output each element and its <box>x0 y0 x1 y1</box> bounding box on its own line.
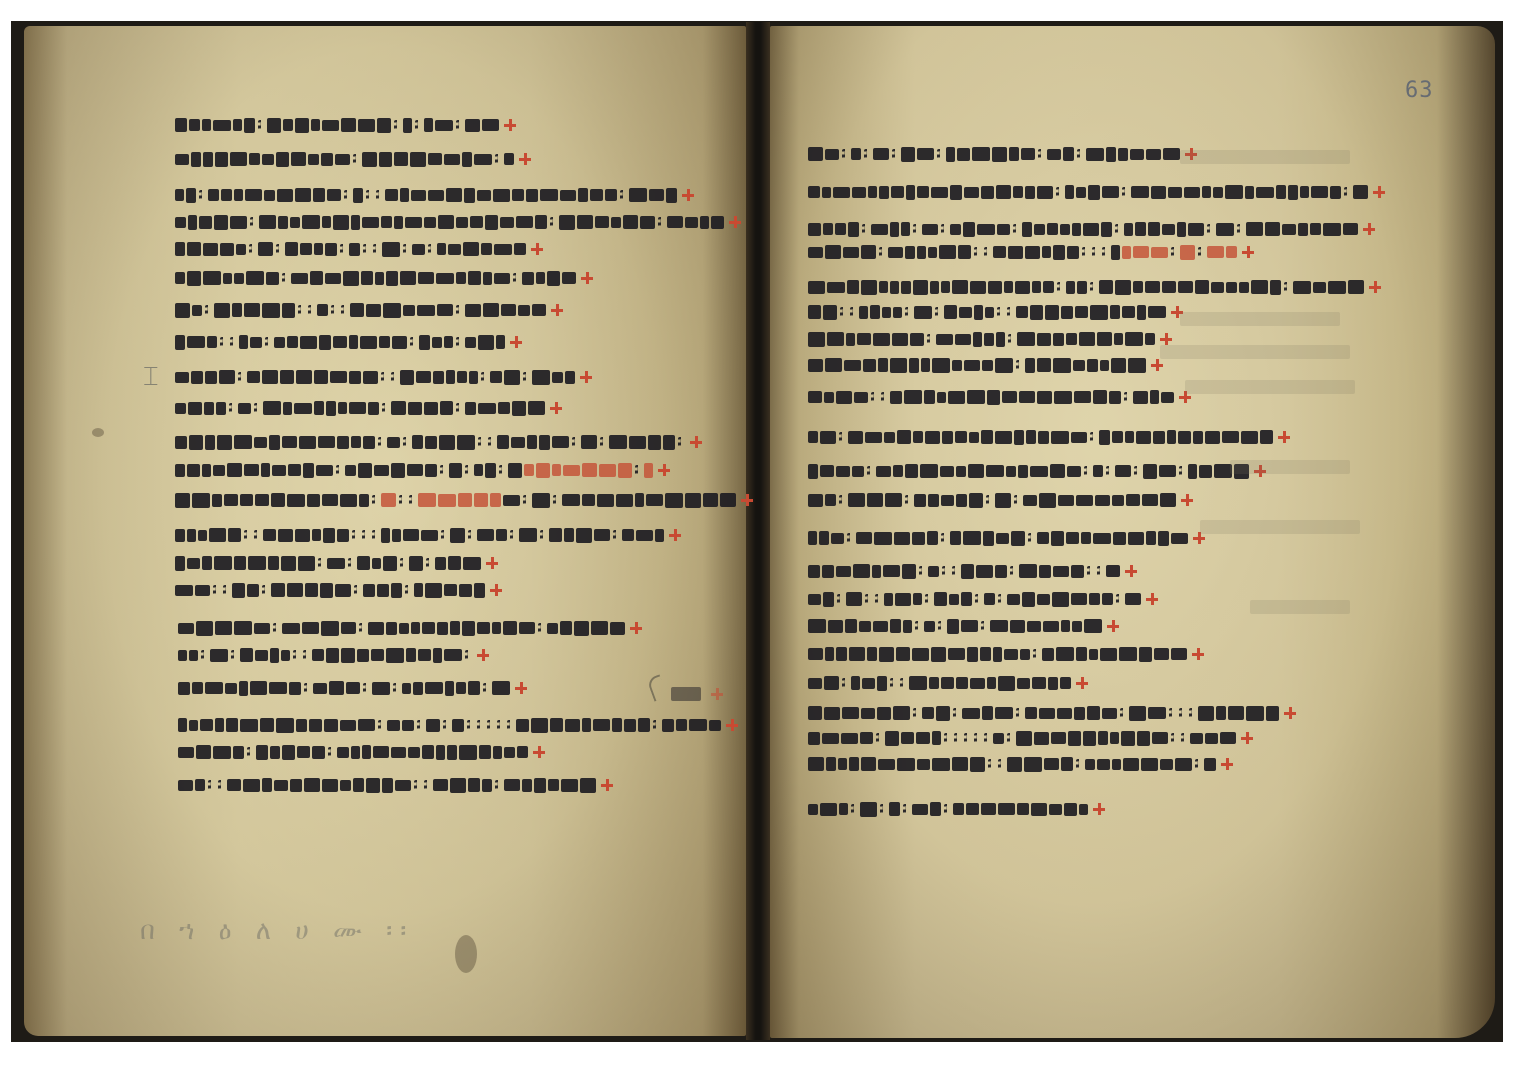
rubricated-verse-marker <box>519 153 531 165</box>
rubricated-verse-marker <box>551 304 563 316</box>
manuscript-line: ወኢያነሥእ፡ኵሎ፡መቅሠፍቶ። <box>178 776 625 794</box>
manuscript-line: ዘአድኅኖሙ፡እምእደ፡ፀሮሙ፡ <box>808 303 1183 321</box>
show-through-text <box>1180 150 1350 164</box>
manuscript-line: ወአፍቀርዎ፡ቢአፉሆሙ። <box>175 554 510 572</box>
rubricated-verse-marker <box>1146 593 1158 605</box>
manuscript-line: ተመይጡ፡ወአመከርዎ፡ለእግዚአብሔር፡ <box>808 243 1258 261</box>
manuscript-line: ውእቱሰ፡መሐሪ፡ውእቱ። <box>178 679 530 697</box>
show-through-text <box>1200 520 1360 534</box>
rubricated-verse-marker <box>533 746 545 758</box>
rubricated-verse-marker <box>726 719 738 731</box>
rubricated-verse-marker <box>1369 281 1381 293</box>
manuscript-line: ወወሀክዎ፡ለቅዱሰ፡እስራኤል፨ወኢተዘከሩ፡እዴሁ፡ <box>808 278 1388 296</box>
manuscript-line: ወመጽአ፡መቅሠፍተ፡እግዚአብሔር፡ላዕሌሆሙ። <box>175 213 745 231</box>
rubricated-verse-marker <box>486 557 498 569</box>
manuscript-line: ወኢኮነ፡ርቱዓ፡ልቦሙ፡በላዕሌሆሙ። <box>178 619 650 637</box>
manuscript-line: ዮሚ፡መ፡ጠነ፡አምዕዕዎ፡በገዳም፨ወወሀክዎ፡በበ፡ <box>808 220 1383 238</box>
manuscript-line: ወኀለፈ፡በጕጕኣ፡ዓመቲሆሙ። <box>175 399 575 417</box>
rubricated-verse-marker <box>690 436 702 448</box>
rubricated-verse-marker <box>1363 223 1375 235</box>
rubricated-verse-marker <box>1221 758 1233 770</box>
manuscript-line: መቅሠፍተ፡ወመንሱተ፡ወሕማመ። <box>808 729 1258 747</box>
manuscript-line: ወይስሪ፡ሎሙ፡ኃጢአቶሙ፡ወኢያጠፍኦ <box>178 716 738 734</box>
rubricated-verse-marker <box>531 243 543 255</box>
manuscript-line: ወንዋዮሙኒ፡ለእሳት። <box>808 674 1098 692</box>
ink-stain <box>455 935 477 973</box>
manuscript-line: ወምስለ፡ዝኒ፡ዓዲ፡አበሱ፡ሎቱ። <box>175 301 565 319</box>
manuscript-line: ፈነወ፡ምክሐ፡መላእክት፡እኩያን። <box>808 755 1238 773</box>
manuscript-line: ወመንክረ፡በሐቅለ፡ጣኔዎስ። <box>808 356 1173 374</box>
manuscript-line: ወተዘከሩ፡ከመ፡እግዚአብሔር፡ውእቱ፡ረዳኢሆሙ። <box>175 491 750 509</box>
manuscript-line: ወኃልቀ፡በከንቱ፡መዋዕሊሆሙ። <box>175 368 595 386</box>
rubricated-verse-marker <box>1278 431 1290 443</box>
rubricated-verse-marker <box>504 119 516 131</box>
rubricated-verse-marker <box>1284 707 1296 719</box>
manuscript-line: ሶበ፡ይቀትሎሙ፡ውእቱ፡የኀሥሥዎ። <box>175 433 710 451</box>
pencil-mark: ⌶ <box>143 362 159 393</box>
manuscript-line: ወለእንቅዕቲሆሙኒ፡ከመ፡ኢይስተዩ። <box>808 428 1306 446</box>
rubricated-verse-marker <box>581 272 593 284</box>
rubricated-verse-marker <box>1241 732 1253 744</box>
manuscript-line: ወወሀቦሙ፡ለፍትወቶሙ። <box>175 116 525 134</box>
manuscript-line: መንፈስ፡እምከመ፡ወጽአ፡ኢይገብእ። ፍሙ፡ <box>808 183 1393 201</box>
manuscript-line: ወረሰየ፡ደመ፡ለአፍላጊሆሙ። <box>808 388 1203 406</box>
marginal-insertion-mark <box>650 676 723 706</box>
manuscript-line: ወያበዝኅ፡መይጠ፡መዓቱ። <box>178 743 560 761</box>
book-gutter <box>746 22 770 1040</box>
rubricated-verse-marker <box>601 779 613 791</box>
rubricated-verse-marker <box>1076 677 1088 689</box>
manuscript-line: ፈነወ፡ላዕሌሆሙ፡መቅሠፍተ፡መዓቱ። <box>808 704 1308 722</box>
show-through-text <box>1230 460 1350 474</box>
rubricated-verse-marker <box>580 371 592 383</box>
rubricated-verse-marker <box>490 584 502 596</box>
manuscript-line: ወጠሀበ፡ለበረድ፡እንስሳሆሙ። <box>808 645 1213 663</box>
rubricated-verse-marker <box>1373 186 1385 198</box>
rubricated-verse-marker <box>1107 620 1119 632</box>
manuscript-line: ወበለሶሙኒ፡በአስሐትያ። <box>808 617 1128 635</box>
manuscript-line: ወአዕቀጾሙ፡ለኅሩያኒ፡እስራኤል። <box>175 269 595 287</box>
rubricated-verse-marker <box>510 336 522 348</box>
manuscript-line: ወኢተአመንዎ፡በኪዳኑ። <box>178 646 500 664</box>
manuscript-line: ወቀተለ፡ወይኖሙ፡በበረድ። <box>808 590 1168 608</box>
show-through-text <box>1160 345 1350 359</box>
rubricated-verse-marker <box>729 216 741 228</box>
manuscript-line: ወእንዘ፡ዓዲ፡መብልዖሙ፡ውስተ፡አፉሆሙ። <box>175 186 700 204</box>
manuscript-line: ወፈጸሞሙ፡እምዘፈቀዱ። <box>175 150 540 168</box>
rubricated-verse-marker <box>630 622 642 634</box>
manuscript-line: ወእግዚአብሔር፡ልዑል፡መድኃኒሆሙ። <box>175 526 680 544</box>
folio-number: 63 <box>1405 78 1434 103</box>
bottom-pencil-scribble: በ ኀ ዕ ለ ሀ ሙ ፡፡ <box>140 916 414 947</box>
manuscript-line: ወጠሀበ፡ለአናዕኵዕ፡ፍሬሆሙ። <box>808 529 1218 547</box>
rubricated-verse-marker <box>1181 494 1193 506</box>
rubricated-verse-marker <box>682 189 694 201</box>
manuscript-line: ወዓሐ፡ፍኖተ፡ለመዓቱ። <box>808 800 1118 818</box>
rubricated-verse-marker <box>550 402 562 414</box>
rubricated-verse-marker <box>658 464 670 476</box>
rubricated-verse-marker <box>1160 333 1172 345</box>
rubricated-verse-marker <box>669 529 681 541</box>
show-through-text <box>1250 600 1350 614</box>
manuscript-line: ፈነወ፡ላዕሌሆሙ፡ጽክቱ፡ወበልዖሙ። <box>808 462 1278 480</box>
rubricated-verse-marker <box>741 494 753 506</box>
rubricated-verse-marker <box>1151 359 1163 371</box>
rubricated-verse-marker <box>1192 648 1204 660</box>
manuscript-line: ወተማባሮሙኒ፡ለአንበጣ። <box>808 562 1148 580</box>
manuscript-line: ዘዓብረ፡ተአምሪሁ፡በግብጽ። <box>808 330 1178 348</box>
show-through-text <box>1180 312 1340 326</box>
manuscript-line: ወተዘከረ፡ከመ፡ሥጋ፡እሙንቱ። <box>808 145 1200 163</box>
manuscript-line: ወቈርነነዓተ፡ወአርኰሶሙ። <box>808 491 1193 509</box>
rubricated-verse-marker <box>1093 803 1105 815</box>
rubricated-verse-marker <box>1242 246 1254 258</box>
rubricated-verse-marker <box>1125 565 1137 577</box>
manuscript-line: ይትመየጡ፡ወይገይሱ፡ኀበ፡እግዚአብሔር፡ <box>175 461 680 479</box>
show-through-text <box>1185 380 1355 394</box>
manuscript-line: ወቀተሎሙ፡መብዝኆሙ። <box>175 240 555 258</box>
ink-spot <box>92 428 104 437</box>
rubricated-verse-marker <box>477 649 489 661</box>
manuscript-line: ወሐሰውዎ፡በልሳኖሙ። <box>175 581 505 599</box>
rubricated-verse-marker <box>515 682 527 694</box>
manuscript-line: ወኢተአመንዎ፡በተአምሪሁ። <box>175 333 530 351</box>
